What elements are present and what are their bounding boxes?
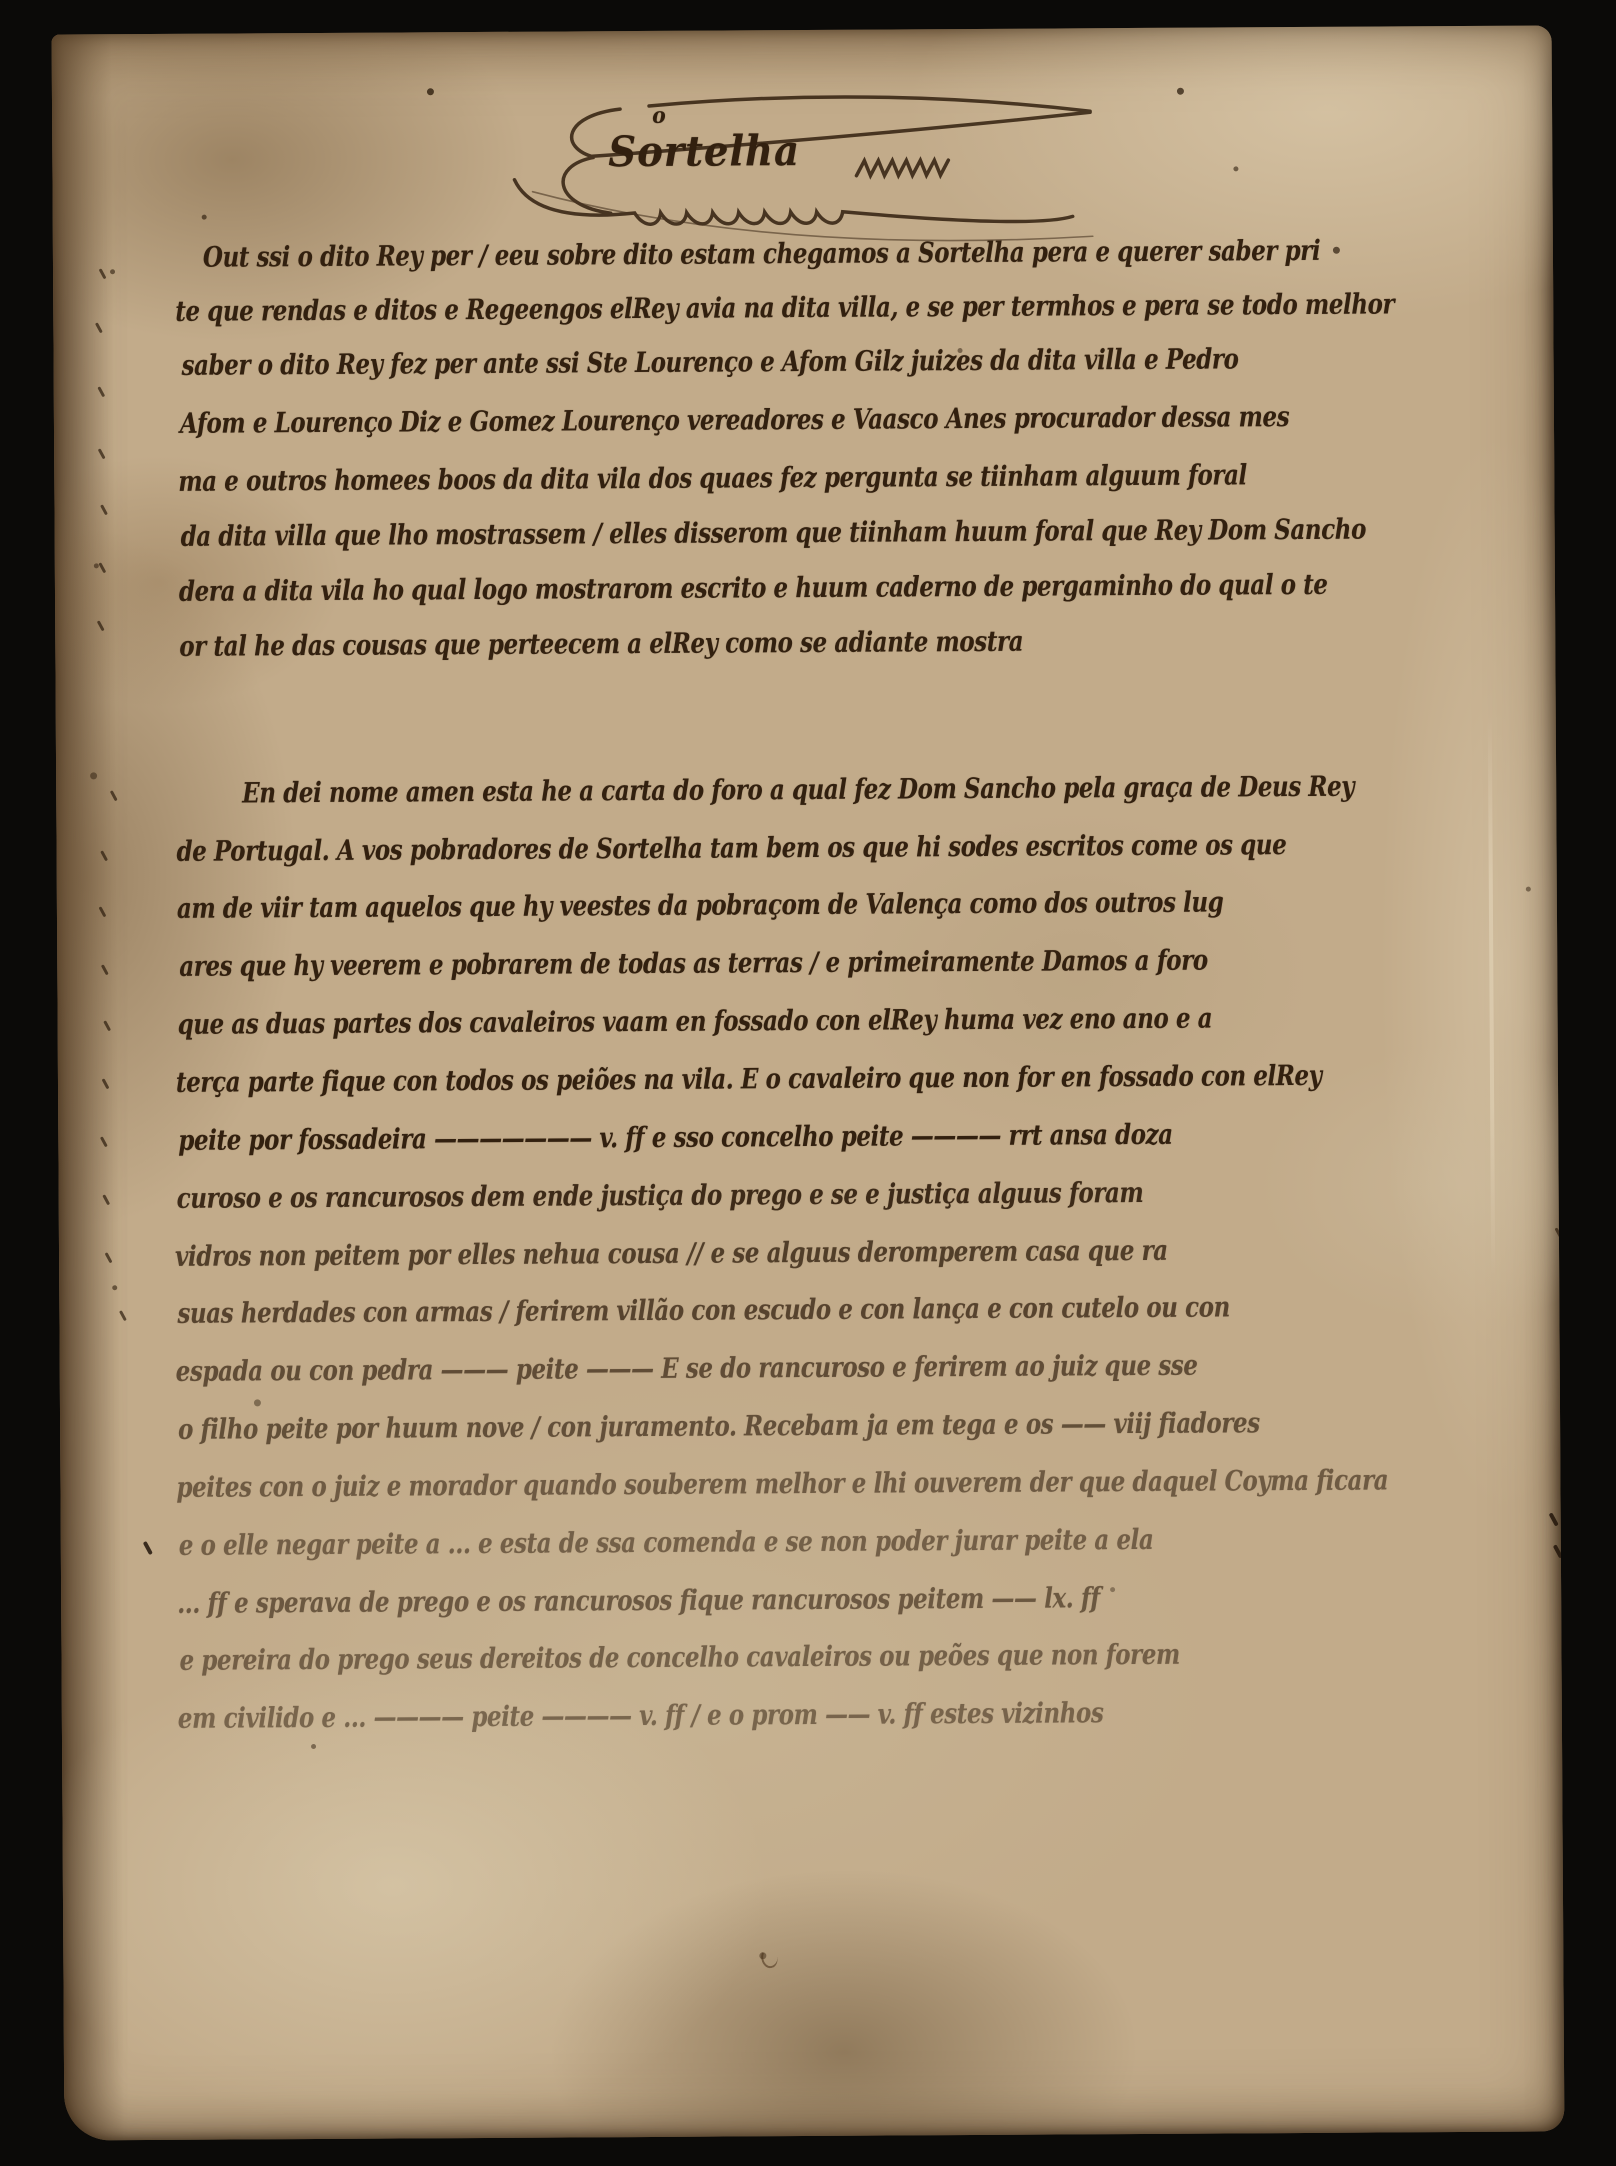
margin-mark <box>99 906 107 917</box>
text-line: saber o dito Rey fez per ante ssi Ste Lo… <box>181 339 1238 385</box>
margin-mark <box>105 1252 113 1263</box>
parchment-crease <box>1488 716 1495 1276</box>
margin-mark <box>100 850 108 861</box>
margin-mark <box>102 1194 110 1205</box>
title-text: Sortelha <box>608 126 800 176</box>
margin-mark <box>110 790 118 801</box>
text-line: ma e outros homees boos da dita vila dos… <box>178 455 1247 502</box>
margin-mark <box>98 562 106 573</box>
ink-specks <box>52 35 55 38</box>
margin-mark <box>100 504 108 515</box>
margin-mark <box>143 1541 153 1555</box>
margin-mark <box>1554 1227 1562 1238</box>
text-line: o filho peite por huum nove / con jurame… <box>178 1403 1260 1450</box>
text-line: de Portugal. A vos pobradores de Sortelh… <box>176 825 1286 872</box>
text-line: terça parte fique con todos os peiões na… <box>176 1056 1322 1103</box>
text-line: que as duas partes dos cavaleiros vaam e… <box>178 999 1213 1045</box>
margin-mark <box>97 620 105 631</box>
text-line: Out ssi o dito Rey per / eeu sobre dito … <box>203 231 1321 278</box>
margin-mark <box>1549 1512 1559 1526</box>
text-line: da dita villa que lho mostrassem / elles… <box>181 510 1367 557</box>
text-line: or tal he das cousas que perteecem a elR… <box>179 622 1023 667</box>
title-superscript: o <box>652 103 666 129</box>
margin-mark <box>1561 1239 1565 1250</box>
pen-slip-mark <box>759 1946 780 1970</box>
text-line: ares que hy veerem e pobrarem de todas a… <box>179 941 1208 987</box>
text-line: suas herdades con armas / ferirem villão… <box>177 1287 1230 1333</box>
margin-mark <box>1553 1544 1563 1558</box>
margin-mark <box>101 964 109 975</box>
margin-mark <box>97 386 105 397</box>
text-line: espada ou con pedra ——— peite ——— E se d… <box>176 1346 1198 1392</box>
margin-mark <box>95 322 103 333</box>
margin-mark <box>98 448 106 459</box>
text-line: curoso e os rancurosos dem ende justiça … <box>177 1173 1144 1219</box>
margin-mark <box>100 1136 108 1147</box>
text-block-1: Out ssi o dito Rey per / eeu sobre dito … <box>52 25 1552 34</box>
text-line: vidros non peitem por elles nehua cousa … <box>175 1231 1168 1277</box>
margin-mark <box>99 268 107 279</box>
text-line: am de viir tam aquelos que hy veestes da… <box>177 882 1224 928</box>
margin-mark <box>119 1310 127 1321</box>
page-title: o Sortelha <box>608 126 800 176</box>
text-line: peite por fossadeira ——————— v. ff e sso… <box>178 1115 1173 1161</box>
text-line: peites con o juiz e morador quando soube… <box>176 1460 1388 1507</box>
text-line: ... ff e sperava de prego e os rancuroso… <box>177 1578 1100 1624</box>
text-line: En dei nome amen esta he a carta do foro… <box>242 767 1354 814</box>
text-line: e o elle negar peite a ... e esta de ssa… <box>179 1520 1154 1566</box>
text-line: e pereira do prego seus dereitos de conc… <box>179 1635 1180 1681</box>
text-line: Afom e Lourenço Diz e Gomez Lourenço ver… <box>180 397 1290 444</box>
text-block-2: En dei nome amen esta he a carta do foro… <box>52 25 1552 34</box>
manuscript-page: o Sortelha Out ssi o dito Rey per / eeu … <box>52 25 1565 2140</box>
text-line: dera a dita vila ho qual logo mostrarom … <box>179 565 1328 612</box>
margin-mark <box>102 1078 110 1089</box>
margin-mark <box>103 1020 111 1031</box>
text-line: te que rendas e ditos e Regeengos elRey … <box>175 284 1394 331</box>
text-line: em civilido e ... ———— peite ———— v. ff … <box>178 1693 1104 1739</box>
